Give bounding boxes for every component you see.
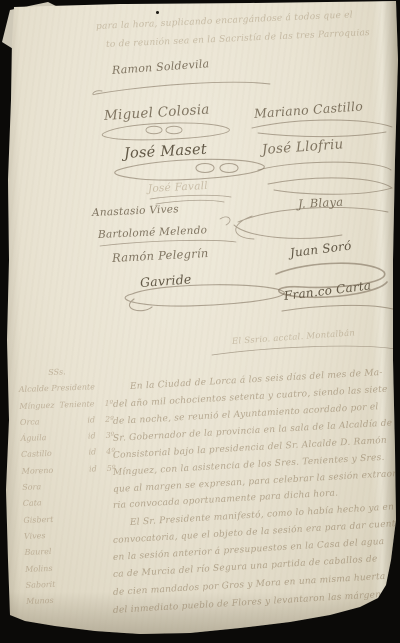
flourish-attestation-underline (212, 346, 395, 355)
attendee-name: Molins (25, 560, 53, 577)
flourish-colosia-rubric (102, 123, 229, 140)
attendee-name: Mínguez (19, 397, 55, 415)
manuscript-page: para la hora, suplicando encargándose á … (0, 0, 400, 643)
attendee-name: Saborit (25, 577, 55, 594)
signature-jose-maset: José Maset (124, 142, 208, 162)
attendee-role: id (88, 429, 96, 446)
flourish-melendo (100, 240, 236, 246)
signature-jose-favall: José Favall (148, 180, 209, 195)
signature-ramon-pelegrin: Ramón Pelegrín (112, 246, 209, 265)
signature-bartolome-melendo: Bartolomé Melendo (98, 224, 208, 241)
flourish-soldevila (93, 82, 270, 94)
flourish-castillo (252, 120, 392, 137)
attendee-role: id (87, 412, 95, 429)
flourish-maset-rubric (115, 159, 265, 180)
flourish-carta (282, 305, 393, 311)
signature-juan-soro: Juan Soró (289, 239, 352, 260)
signature-gavride: Gavride (139, 271, 192, 290)
attendee-name: Baurel (24, 544, 51, 561)
flourish-llofriu (258, 162, 392, 194)
signature-anastasio-vives: Anastasio Vives (92, 203, 179, 219)
attendee-name: Águila (20, 430, 46, 447)
header-text-line: para la hora, suplicando encargándose á … (96, 10, 353, 32)
flourish-favall (150, 195, 231, 204)
header-text-line: to de reunión sea en la Sacristía de las… (106, 28, 370, 50)
margin-row: Munos (26, 591, 121, 611)
signature-ramon-soldevila: Ramon Soldevila (112, 57, 210, 77)
attendee-name: Munos (26, 593, 54, 610)
attestation-line: El Ssrio. acctal. Montalbán (232, 328, 356, 347)
signature-francisco-carta: Fran.co Carta (283, 278, 372, 303)
attendee-role: Teniente (59, 396, 95, 414)
signature-jose-llofriu: José Llofriu (261, 136, 344, 158)
attendee-name: Vives (24, 528, 46, 545)
attendee-name: Moreno (21, 463, 53, 480)
flourish-blaya (234, 207, 388, 239)
margin-attendee-list: SSs. Alcalde Presidente Mínguez Teniente… (18, 363, 120, 611)
attendee-role: id (88, 445, 96, 462)
attendee-name: Sora (22, 479, 41, 496)
attendee-role: id (89, 461, 97, 478)
signature-miguel-colosia: Miguel Colosia (104, 102, 211, 124)
attendee-name: Cata (23, 496, 42, 513)
attendee-name: Castillo (21, 446, 52, 463)
attendee-name: Gisbert (23, 512, 54, 529)
flourish-vives-tail (220, 217, 230, 225)
attendee-name: Orca (20, 414, 40, 431)
signature-mariano-castillo: Mariano Castillo (253, 98, 363, 121)
signature-j-blaya: J. Blaya (298, 195, 344, 211)
ink-speck (156, 11, 159, 14)
scan-background: para la hora, suplicando encargándose á … (0, 0, 400, 643)
